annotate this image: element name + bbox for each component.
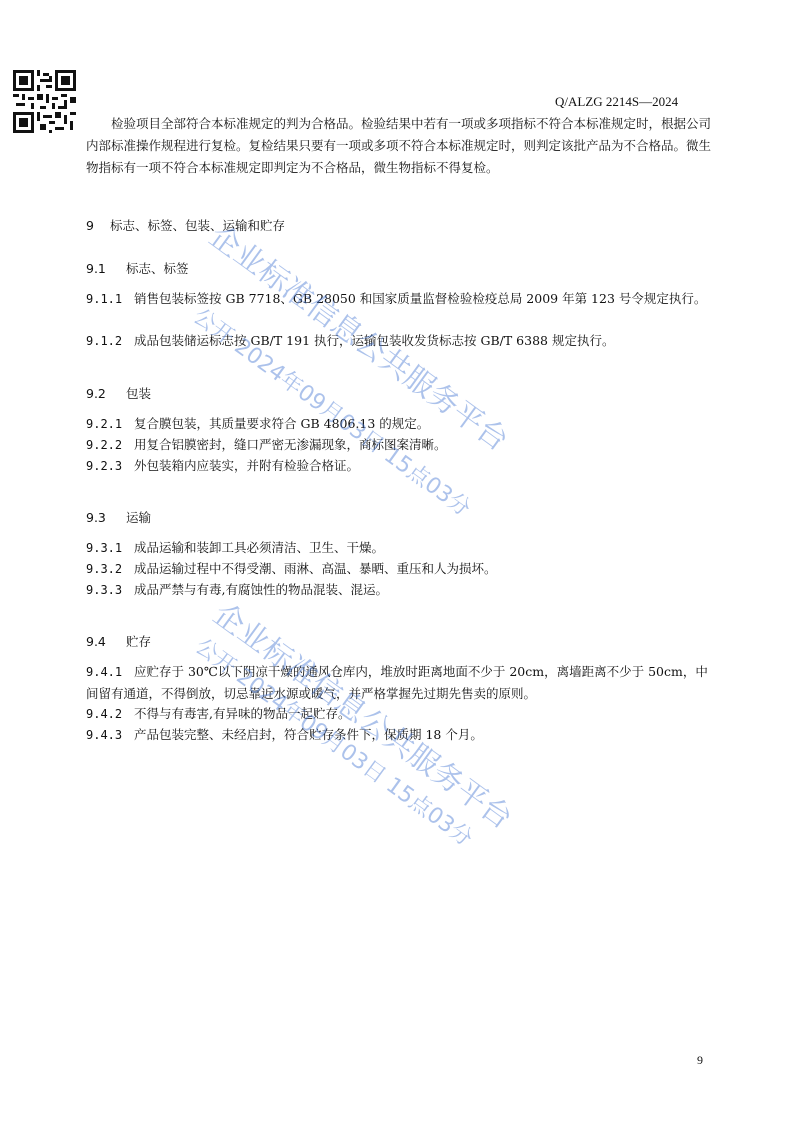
section-title: 标志、标签、包装、运输和贮存 <box>110 218 285 233</box>
clause-number: 9.2.3 <box>86 456 134 477</box>
clause-text: 外包装箱内应装实，并附有检验合格证。 <box>134 458 359 473</box>
clause-number: 9.3.2 <box>86 559 134 580</box>
clause-9-3-2: 9.3.2成品运输过程中不得受潮、雨淋、高温、暴晒、重压和人为损坏。 <box>86 558 720 580</box>
clause-text: 用复合铝膜密封，缝口严密无渗漏现象，商标图案清晰。 <box>134 437 447 452</box>
clause-9-3-1: 9.3.1成品运输和装卸工具必须清洁、卫生、干燥。 <box>86 537 720 559</box>
clause-text: 成品严禁与有毒,有腐蚀性的物品混装、混运。 <box>134 582 388 597</box>
section-title: 贮存 <box>126 634 151 649</box>
clause-number: 9.3.1 <box>86 538 134 559</box>
clause-number: 9.2.2 <box>86 435 134 456</box>
clause-number: 9.4.2 <box>86 704 134 725</box>
clause-text: 成品包装储运标志按 GB/T 191 执行，运输包装收发货标志按 GB/T 63… <box>134 333 614 348</box>
clause-number: 9.4.3 <box>86 725 134 746</box>
clause-9-3-3: 9.3.3成品严禁与有毒,有腐蚀性的物品混装、混运。 <box>86 579 720 601</box>
clause-9-2-3: 9.2.3外包装箱内应装实，并附有检验合格证。 <box>86 455 720 477</box>
section-title: 运输 <box>126 510 151 525</box>
section-9-1-heading: 9.1 标志、标签 <box>86 259 189 277</box>
clause-text: 成品运输过程中不得受潮、雨淋、高温、暴晒、重压和人为损坏。 <box>134 561 497 576</box>
section-number: 9.4 <box>86 634 122 649</box>
intro-paragraph: 检验项目全部符合本标准规定的判为合格品。检验结果中若有一项或多项指标不符合本标准… <box>86 113 720 179</box>
clause-text: 复合膜包装，其质量要求符合 GB 4806.13 的规定。 <box>134 416 429 431</box>
clause-9-4-2: 9.4.2不得与有毒害,有异味的物品一起贮存。 <box>86 703 720 725</box>
clause-number: 9.1.1 <box>86 289 134 310</box>
clause-text: 产品包装完整、未经启封，符合贮存条件下，保质期 18 个月。 <box>134 727 483 742</box>
clause-text: 销售包装标签按 GB 7718、GB 28050 和国家质量监督检验检疫总局 2… <box>134 291 706 306</box>
section-title: 包装 <box>126 386 151 401</box>
section-number: 9.2 <box>86 386 122 401</box>
clause-text: 不得与有毒害,有异味的物品一起贮存。 <box>134 706 350 721</box>
clause-number: 9.4.1 <box>86 662 134 683</box>
section-9-2-heading: 9.2 包装 <box>86 384 151 402</box>
clause-9-1-1: 9.1.1销售包装标签按 GB 7718、GB 28050 和国家质量监督检验检… <box>86 288 720 310</box>
section-number: 9 <box>86 218 106 233</box>
page-number: 9 <box>697 1053 703 1068</box>
clause-9-4-1: 9.4.1应贮存于 30℃以下阴凉干燥的通风仓库内，堆放时距离地面不少于 20c… <box>86 661 720 704</box>
clause-9-2-1: 9.2.1复合膜包装，其质量要求符合 GB 4806.13 的规定。 <box>86 413 720 435</box>
clause-9-2-2: 9.2.2用复合铝膜密封，缝口严密无渗漏现象，商标图案清晰。 <box>86 434 720 456</box>
section-9-4-heading: 9.4 贮存 <box>86 632 151 650</box>
section-9-3-heading: 9.3 运输 <box>86 508 151 526</box>
clause-9-1-2: 9.1.2成品包装储运标志按 GB/T 191 执行，运输包装收发货标志按 GB… <box>86 330 720 352</box>
section-number: 9.1 <box>86 261 122 276</box>
clause-number: 9.2.1 <box>86 414 134 435</box>
clause-number: 9.1.2 <box>86 331 134 352</box>
section-9-heading: 9 标志、标签、包装、运输和贮存 <box>86 216 285 234</box>
clause-text: 应贮存于 30℃以下阴凉干燥的通风仓库内，堆放时距离地面不少于 20cm，离墙距… <box>86 664 708 701</box>
clause-9-4-3: 9.4.3产品包装完整、未经启封，符合贮存条件下，保质期 18 个月。 <box>86 724 720 746</box>
clause-number: 9.3.3 <box>86 580 134 601</box>
clause-text: 成品运输和装卸工具必须清洁、卫生、干燥。 <box>134 540 384 555</box>
section-title: 标志、标签 <box>126 261 189 276</box>
section-number: 9.3 <box>86 510 122 525</box>
qr-code-image <box>13 70 76 133</box>
standard-number: Q/ALZG 2214S—2024 <box>555 94 678 110</box>
